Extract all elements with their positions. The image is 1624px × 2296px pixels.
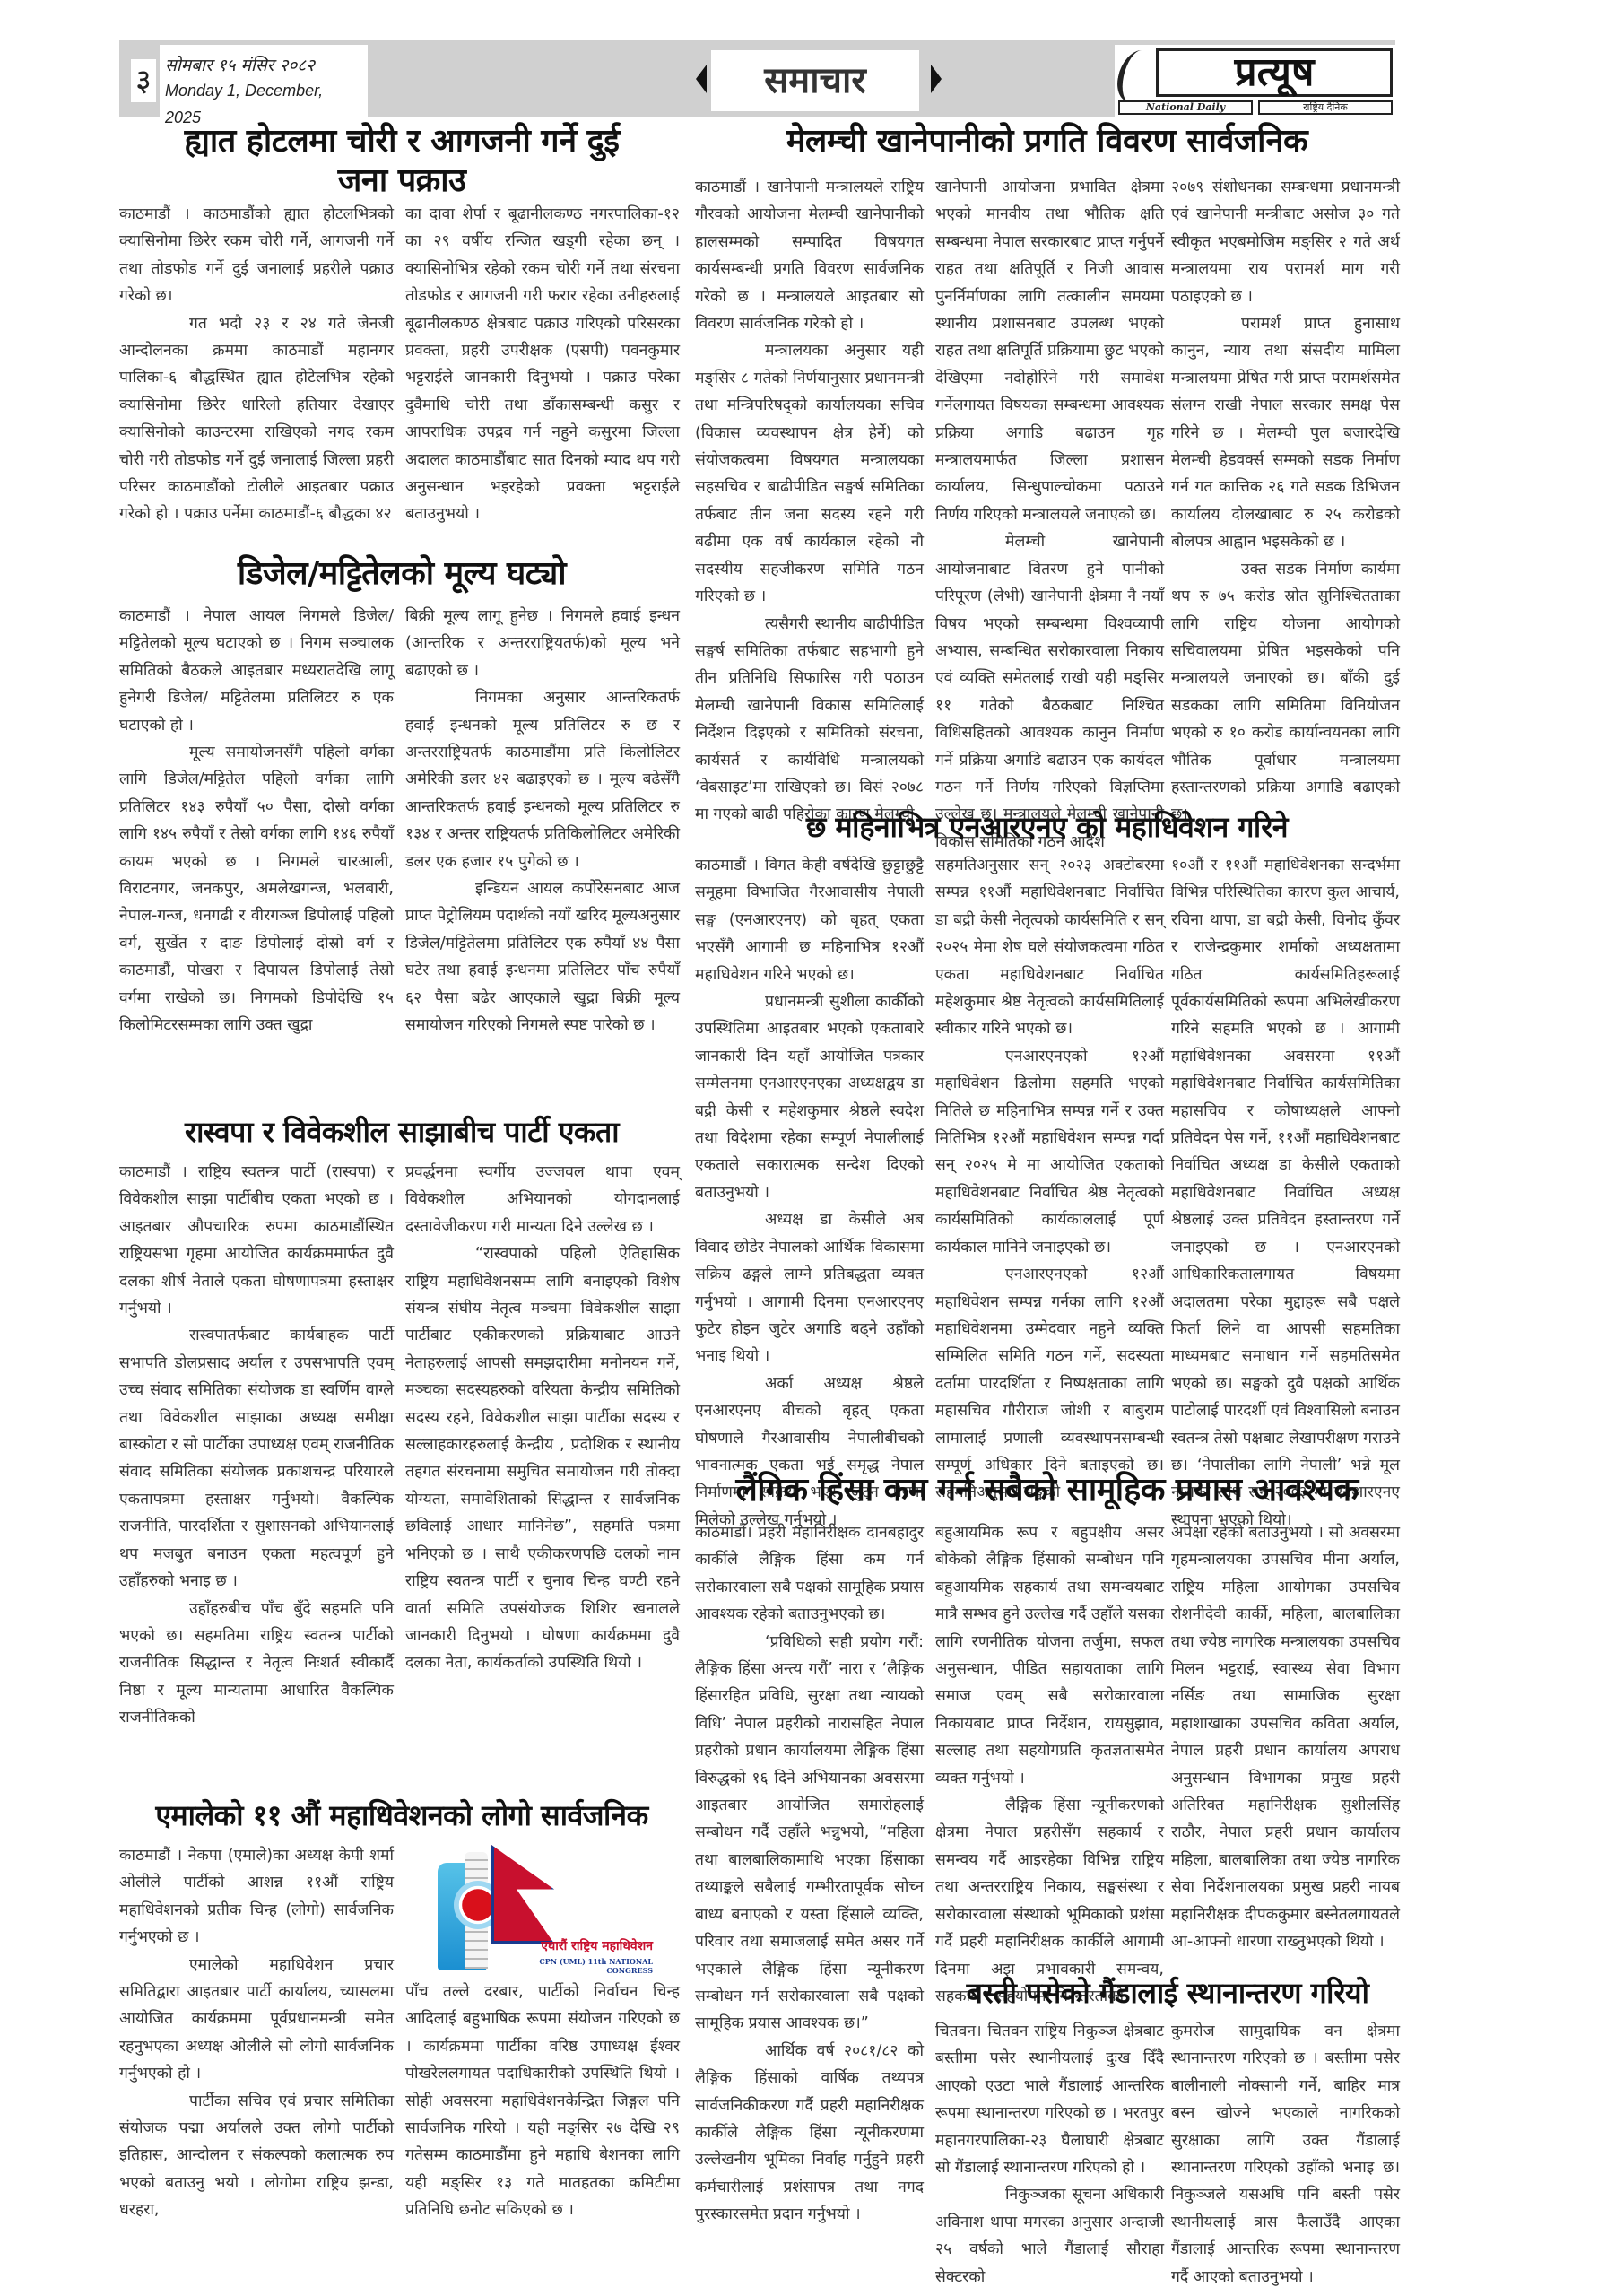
article-headline-uml: एमालेको ११ औं महाधिवेशनको लोगो सार्वजनिक bbox=[119, 1797, 684, 1833]
logo-caption-np: एघारौं राष्ट्रिय महाधिवेशन bbox=[520, 1937, 653, 1954]
page-number: ३ bbox=[131, 59, 156, 102]
article-column-diesel-1: काठमाडौं । नेपाल आयल निगमले डिजेल/मट्टित… bbox=[119, 603, 394, 1039]
article-column-melamchi-2: खानेपानी आयोजना प्रभावित क्षेत्रमा भएको … bbox=[935, 174, 1164, 856]
article-headline-rswapa: रास्वपा र विवेकशील साझाबीच पार्टी एकता bbox=[119, 1114, 684, 1150]
paragraph: २०७९ संशोधनका सम्बन्धमा प्रधानमन्त्री एव… bbox=[1171, 174, 1400, 310]
date-box: सोमबार १५ मंसिर २०८२ Monday 1, December,… bbox=[160, 45, 368, 117]
article-headline-diesel: डिजेल/मट्टितेलको मूल्य घट्यो bbox=[119, 554, 684, 594]
paragraph: काठमाडौं । खानेपानी मन्त्रालयले राष्ट्रि… bbox=[695, 174, 924, 337]
article-column-nrna-2: सहमतिअनुसार सन् २०२३ अक्टोबरमा सम्पन्न १… bbox=[935, 852, 1164, 1507]
paragraph: उक्त सडक निर्माण कार्यमा थप रु ७५ करोड स… bbox=[1171, 556, 1400, 829]
headline-line: ह्यात होटलमा चोरी र आगजनी गर्ने दुई bbox=[119, 122, 684, 161]
paragraph: रास्वपातर्फबाट कार्यबाहक पार्टी सभापति ड… bbox=[119, 1322, 394, 1595]
paragraph: “रास्वपाको पहिलो ऐतिहासिक राष्ट्रिय महाध… bbox=[405, 1240, 680, 1677]
article-column-melamchi-3: २०७९ संशोधनका सम्बन्धमा प्रधानमन्त्री एव… bbox=[1171, 174, 1400, 829]
arrow-right-icon bbox=[931, 65, 942, 93]
article-column-diesel-2: बिक्री मूल्य लागू हुनेछ । निगमले हवाई इन… bbox=[405, 603, 680, 1039]
paragraph: बहुआयमिक रूप र बहुपक्षीय असर बोकेको लैङ्… bbox=[935, 1519, 1164, 1792]
paragraph: खानेपानी आयोजना प्रभावित क्षेत्रमा भएको … bbox=[935, 174, 1164, 528]
paragraph: अपेक्षा रहेको बताउनुभयो । सो अवसरमा गृहम… bbox=[1171, 1519, 1400, 1956]
article-headline-hotel: ह्यात होटलमा चोरी र आगजनी गर्ने दुई जना … bbox=[119, 122, 684, 201]
paragraph: गत भदौ २३ र २४ गते जेनजी आन्दोलनका क्रमम… bbox=[119, 310, 394, 528]
article-column-hotel-1: काठमाडौं । काठमाडौंको ह्यात होटलभित्रको … bbox=[119, 201, 394, 528]
article-column-rswapa-1: काठमाडौं । राष्ट्रिय स्वतन्त्र पार्टी (र… bbox=[119, 1159, 394, 1732]
logo-subtitle-np: राष्ट्रिय दैनिक bbox=[1258, 100, 1393, 115]
article-column-rhino-1: चितवन। चितवन राष्ट्रिय निकुञ्ज क्षेत्रबा… bbox=[935, 2018, 1164, 2291]
paragraph: ‘प्रविधिको सही प्रयोग गरौं: लैङ्गिक हिंस… bbox=[695, 1629, 924, 2038]
paragraph: एनआरएनएको १२औं महाधिवेशन सम्पन्न गर्नका … bbox=[935, 1261, 1164, 1507]
paragraph: एमालेको महाधिवेशन प्रचार समितिद्वारा आइत… bbox=[119, 1952, 394, 2088]
logo-subtitle-en: National Daily bbox=[1118, 100, 1253, 115]
section-title: समाचार bbox=[711, 50, 919, 111]
article-column-rswapa-2: प्रवर्द्धनमा स्वर्गीय उज्जवल थापा एवम् व… bbox=[405, 1159, 680, 1677]
article-headline-nrna: छ महिनाभित्र एनआरएनए को महाधिवेशन गरिने bbox=[695, 809, 1399, 845]
paragraph: का दावा शेर्पा र बूढानीलकण्ठ नगरपालिका-१… bbox=[405, 201, 680, 528]
paragraph: त्यसैगरी स्थानीय बाढीपीडित सङ्घर्ष समिति… bbox=[695, 611, 924, 829]
article-column-gbv-2: बहुआयमिक रूप र बहुपक्षीय असर बोकेको लैङ्… bbox=[935, 1519, 1164, 2010]
paragraph: काठमाडौं । नेपाल आयल निगमले डिजेल/मट्टित… bbox=[119, 603, 394, 739]
paragraph: निगमका अनुसार आन्तरिकतर्फ हवाई इन्धनको म… bbox=[405, 684, 680, 875]
paragraph: आर्थिक वर्ष २०८१/८२ को लैङ्गिक हिंसाको व… bbox=[695, 2038, 924, 2229]
paragraph: सहमतिअनुसार सन् २०२३ अक्टोबरमा सम्पन्न १… bbox=[935, 852, 1164, 1043]
wing-icon bbox=[1113, 50, 1159, 102]
article-column-hotel-2: का दावा शेर्पा र बूढानीलकण्ठ नगरपालिका-१… bbox=[405, 201, 680, 528]
uml-congress-logo-image: एघारौं राष्ट्रिय महाधिवेशन CPN (UML) 11t… bbox=[438, 1845, 653, 1975]
paragraph: चितवन। चितवन राष्ट्रिय निकुञ्ज क्षेत्रबा… bbox=[935, 2018, 1164, 2181]
article-column-nrna-3: १०औं र ११औं महाधिवेशनका सन्दर्भमा विभिन्… bbox=[1171, 852, 1400, 1534]
logo-caption-en: CPN (UML) 11th NATIONAL CONGRESS bbox=[520, 1957, 653, 1975]
paragraph: काठमाडौं । काठमाडौंको ह्यात होटलभित्रको … bbox=[119, 201, 394, 310]
article-column-nrna-1: काठमाडौं । विगत केही वर्षदेखि छुट्टाछुट्… bbox=[695, 852, 924, 1534]
article-column-uml-1: काठमाडौं । नेकपा (एमाले)का अध्यक्ष केपी … bbox=[119, 1842, 394, 2224]
nepal-flag-icon bbox=[491, 1845, 554, 1944]
paragraph: काठमाडौं। प्रहरी महानिरीक्षक दानबहादुर क… bbox=[695, 1519, 924, 1629]
paragraph: प्रवर्द्धनमा स्वर्गीय उज्जवल थापा एवम् व… bbox=[405, 1159, 680, 1240]
paragraph: पाँच तल्ले दरबार, पार्टीको निर्वाचन चिन्… bbox=[405, 1979, 680, 2224]
paragraph: पार्टीका सचिव एवं प्रचार समितिका संयोजक … bbox=[119, 2088, 394, 2224]
paragraph: काठमाडौं । राष्ट्रिय स्वतन्त्र पार्टी (र… bbox=[119, 1159, 394, 1322]
article-column-rhino-2: कुमरोज सामुदायिक वन क्षेत्रमा स्थानान्तर… bbox=[1171, 2018, 1400, 2291]
paragraph: मूल्य समायोजनसँगै पहिलो वर्गका लागि डिजे… bbox=[119, 739, 394, 1039]
paragraph: परामर्श प्राप्त हुनासाथ कानुन, न्याय तथा… bbox=[1171, 310, 1400, 556]
article-column-uml-2: पाँच तल्ले दरबार, पार्टीको निर्वाचन चिन्… bbox=[405, 1979, 680, 2224]
logo-title: प्रत्यूष bbox=[1156, 48, 1393, 97]
article-column-gbv-1: काठमाडौं। प्रहरी महानिरीक्षक दानबहादुर क… bbox=[695, 1519, 924, 2229]
paragraph: १०औं र ११औं महाधिवेशनका सन्दर्भमा विभिन्… bbox=[1171, 852, 1400, 1534]
article-column-melamchi-1: काठमाडौं । खानेपानी मन्त्रालयले राष्ट्रि… bbox=[695, 174, 924, 829]
arrow-left-icon bbox=[696, 65, 707, 93]
date-nepali: सोमबार १५ मंसिर २०८२ bbox=[165, 54, 362, 77]
paragraph: मन्त्रालयका अनुसार यही मङ्सिर ८ गतेको नि… bbox=[695, 337, 924, 610]
article-headline-rhino: बस्ती पसेको गैंडालाई स्थानान्तरण गरियो bbox=[935, 1975, 1400, 2011]
paragraph: उहाँहरुबीच पाँच बुँदे सहमति पनि भएको छ। … bbox=[119, 1596, 394, 1732]
paragraph: निकुञ्जका सूचना अधिकारी अविनाश थापा मगरक… bbox=[935, 2181, 1164, 2291]
paragraph: अध्यक्ष डा केसीले अब विवाद छोडेर नेपालको… bbox=[695, 1206, 924, 1370]
paragraph: कुमरोज सामुदायिक वन क्षेत्रमा स्थानान्तर… bbox=[1171, 2018, 1400, 2291]
paragraph: प्रधानमन्त्री सुशीला कार्कीको उपस्थितिमा… bbox=[695, 988, 924, 1206]
paragraph: एनआरएनएको १२औं महाधिवेशन ढिलोमा सहमति भए… bbox=[935, 1043, 1164, 1261]
article-headline-melamchi: मेलम्ची खानेपानीको प्रगति विवरण सार्वजनि… bbox=[695, 122, 1399, 161]
article-column-gbv-3: अपेक्षा रहेको बताउनुभयो । सो अवसरमा गृहम… bbox=[1171, 1519, 1400, 1956]
headline-line: जना पक्राउ bbox=[119, 161, 684, 201]
paragraph: मेलम्ची खानेपानी आयोजनाबाट वितरण हुने पा… bbox=[935, 528, 1164, 856]
paragraph: काठमाडौं । नेकपा (एमाले)का अध्यक्ष केपी … bbox=[119, 1842, 394, 1952]
paragraph: बिक्री मूल्य लागू हुनेछ । निगमले हवाई इन… bbox=[405, 603, 680, 684]
article-headline-gbv: लैंगिक हिंसा कम गर्न सबैको सामूहिक प्रया… bbox=[695, 1471, 1399, 1510]
paragraph: इन्डियन आयल कर्पोरेसनबाट आज प्राप्त पेट्… bbox=[405, 875, 680, 1039]
paragraph: काठमाडौं । विगत केही वर्षदेखि छुट्टाछुट्… bbox=[695, 852, 924, 988]
newspaper-logo: प्रत्यूष National Daily राष्ट्रिय दैनिक bbox=[1115, 45, 1396, 117]
